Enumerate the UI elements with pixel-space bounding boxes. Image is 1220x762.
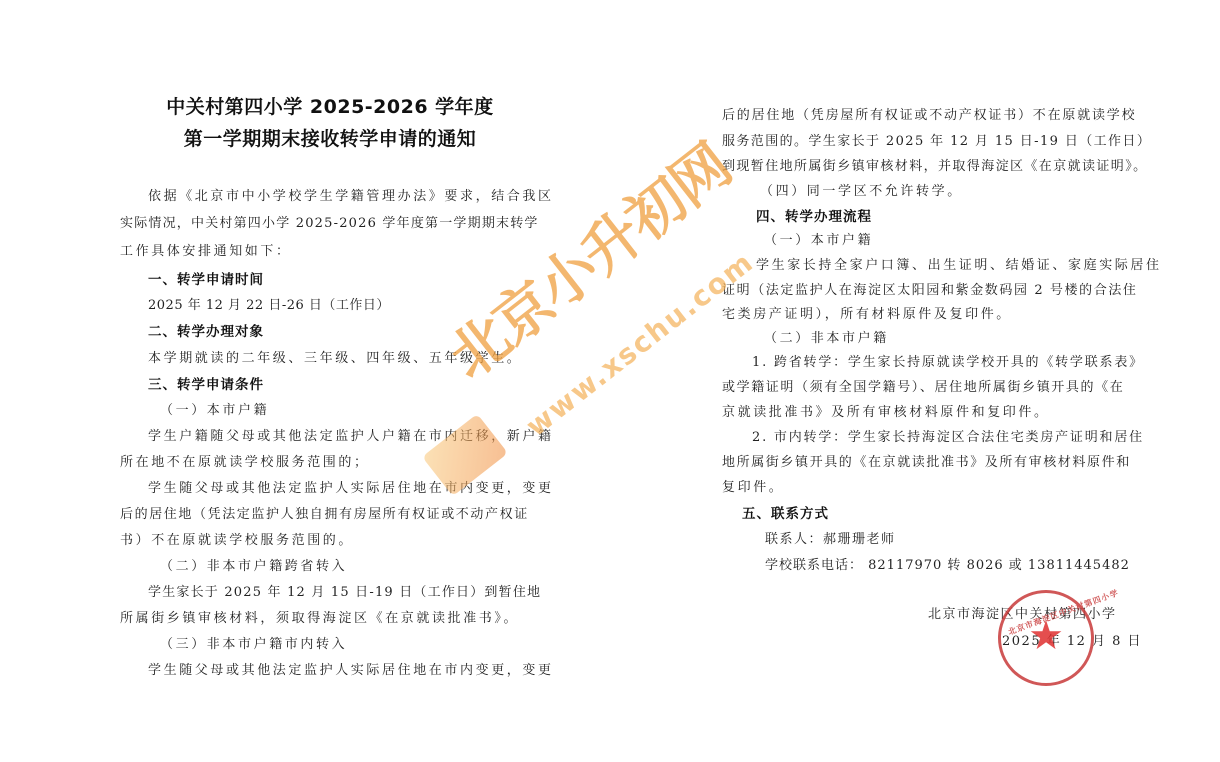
section-4-sub2-item1-l1: 1. 跨省转学：学生家长持原就读学校开具的《转学联系表》 xyxy=(752,351,1144,370)
section-3-sub3-l3: 服务范围的。学生家长于 2025 年 12 月 15 日-19 日（工作日） xyxy=(722,130,1151,149)
section-1-heading: 一、转学申请时间 xyxy=(148,268,264,288)
section-4-sub1-l2: 证明（法定监护人在海淀区太阳园和紫金数码园 2 号楼的合法住 xyxy=(722,279,1138,298)
section-4-sub1: （一）本市户籍 xyxy=(764,229,873,248)
section-3-sub1-p1-l2: 所在地不在原就读学校服务范围的； xyxy=(120,451,370,470)
section-3-sub1-p2-l1: 学生随父母或其他法定监护人实际居住地在市内变更，变更 xyxy=(148,477,554,496)
section-4-sub1-l1: 学生家长持全家户口簿、出生证明、结婚证、家庭实际居住 xyxy=(756,254,1162,273)
section-3-sub2-l2: 所属街乡镇审核材料，须取得海淀区《在京就读批准书》。 xyxy=(120,607,519,626)
section-4-sub1-l3: 宅类房产证明），所有材料原件及复印件。 xyxy=(722,303,1012,322)
section-3-sub1-p2-l3: 书）不在原就读学校服务范围的。 xyxy=(120,529,354,548)
section-4-sub2-item1-l2: 或学籍证明（须有全国学籍号）、居住地所属街乡镇开具的《在 xyxy=(722,376,1124,395)
section-2-text: 本学期就读的二年级、三年级、四年级、五年级学生。 xyxy=(148,347,522,366)
section-3-sub1: （一）本市户籍 xyxy=(160,399,269,418)
section-4-sub2-item2-l1: 2. 市内转学：学生家长持海淀区合法住宅类房产证明和居住 xyxy=(752,426,1144,445)
section-3-sub3-l2: 后的居住地（凭房屋所有权证或不动产权证书）不在原就读学校 xyxy=(722,104,1136,123)
section-4-heading: 四、转学办理流程 xyxy=(756,205,872,225)
section-3-sub2: （二）非本市户籍跨省转入 xyxy=(160,555,347,574)
seal-star-icon: ★ xyxy=(1028,616,1064,656)
section-1-text: 2025 年 12 月 22 日-26 日（工作日） xyxy=(148,294,390,313)
section-3-sub1-p1-l1: 学生户籍随父母或其他法定监护人户籍在市内迁移，新户籍 xyxy=(148,425,554,444)
contact-person: 联系人：郝珊珊老师 xyxy=(765,528,896,547)
document-title-line2: 第一学期期末接收转学申请的通知 xyxy=(130,124,530,151)
section-4-sub2: （二）非本市户籍 xyxy=(764,327,889,346)
section-5-heading: 五、联系方式 xyxy=(742,502,829,522)
section-3-heading: 三、转学申请条件 xyxy=(148,373,264,393)
official-seal: 北京市海淀区中关村第四小学 ★ xyxy=(998,590,1094,686)
section-4-sub2-item1-l3: 京就读批准书》及所有审核材料原件和复印件。 xyxy=(722,401,1050,420)
section-2-heading: 二、转学办理对象 xyxy=(148,320,264,340)
contact-phone: 学校联系电话： 82117970 转 8026 或 13811445482 xyxy=(765,554,1130,573)
section-3-sub3: （三）非本市户籍市内转入 xyxy=(160,633,347,652)
intro-line-2: 实际情况，中关村第四小学 2025-2026 学年度第一学期期末转学 xyxy=(120,212,539,231)
section-3-sub1-p2-l2: 后的居住地（凭法定监护人独自拥有房屋所有权证或不动产权证 xyxy=(120,503,529,522)
section-3-sub3-l1: 学生随父母或其他法定监护人实际居住地在市内变更，变更 xyxy=(148,659,554,678)
section-3-sub3-l4: 到现暂住地所属街乡镇审核材料，并取得海淀区《在京就读证明》。 xyxy=(722,155,1148,174)
section-3-sub4: （四）同一学区不允许转学。 xyxy=(760,180,963,199)
document-title-line1: 中关村第四小学 2025-2026 学年度 xyxy=(130,92,530,119)
section-4-sub2-item2-l3: 复印件。 xyxy=(722,476,784,495)
document-page: 中关村第四小学 2025-2026 学年度 第一学期期末接收转学申请的通知 依据… xyxy=(0,0,1220,762)
intro-line-3: 工作具体安排通知如下： xyxy=(120,240,292,259)
intro-line-1: 依据《北京市中小学校学生学籍管理办法》要求，结合我区 xyxy=(148,185,554,204)
section-4-sub2-item2-l2: 地所属街乡镇开具的《在京就读批准书》及所有审核材料原件和 xyxy=(722,451,1131,470)
section-3-sub2-l1: 学生家长于 2025 年 12 月 15 日-19 日（工作日）到暂住地 xyxy=(148,581,541,600)
